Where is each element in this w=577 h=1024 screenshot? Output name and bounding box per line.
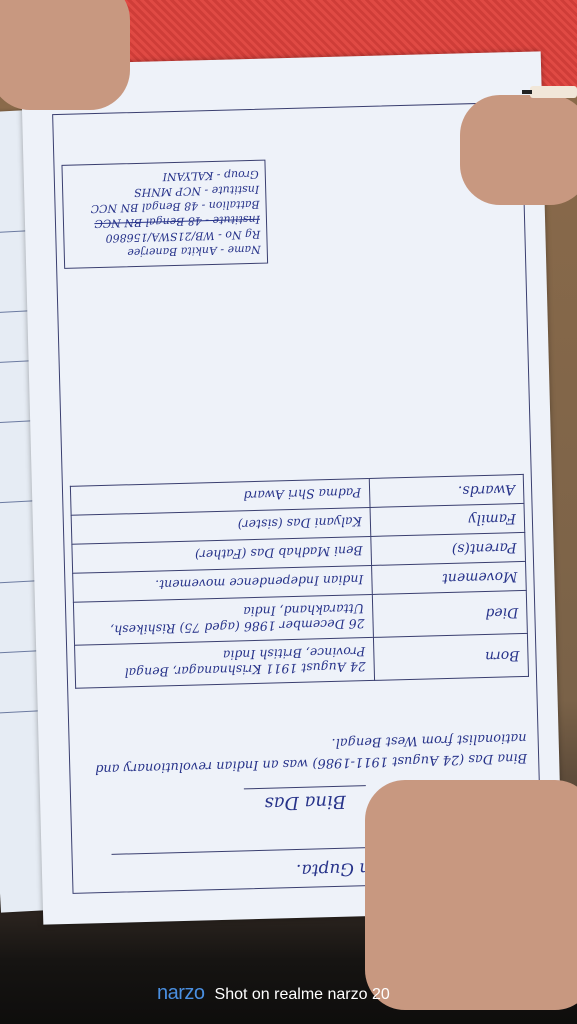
watermark-text: Shot on realme narzo 20 bbox=[215, 986, 390, 1003]
brand-logo: narzo bbox=[157, 982, 205, 1004]
hand-top-left bbox=[0, 0, 130, 110]
page-content-upside-down: Dr. Madhusudan Gupta. Bina Das Bina Das … bbox=[52, 102, 542, 894]
info-table: Born24 August 1911 Krishnanagar, Bengal … bbox=[70, 474, 529, 689]
row-label: Family bbox=[370, 503, 525, 536]
row-label: Awards. bbox=[369, 474, 524, 507]
pen bbox=[530, 86, 577, 98]
row-label: Born bbox=[373, 633, 528, 680]
row-value: 24 August 1911 Krishnanagar, Bengal Prov… bbox=[75, 637, 375, 688]
row-label: Parent(s) bbox=[371, 532, 526, 565]
hand-top-right bbox=[460, 95, 577, 205]
camera-watermark: narzoShot on realme narzo 20 bbox=[157, 982, 390, 1005]
student-details-box: Name - Ankita Banerjee Rg No - WB/21SWA/… bbox=[61, 160, 268, 269]
row-label: Died bbox=[372, 590, 527, 637]
row-label: Movement bbox=[372, 561, 527, 594]
row-value: 26 December 1986 (aged 75) Rishikesh, Ut… bbox=[73, 594, 373, 645]
hand-bottom-right bbox=[365, 780, 577, 1010]
